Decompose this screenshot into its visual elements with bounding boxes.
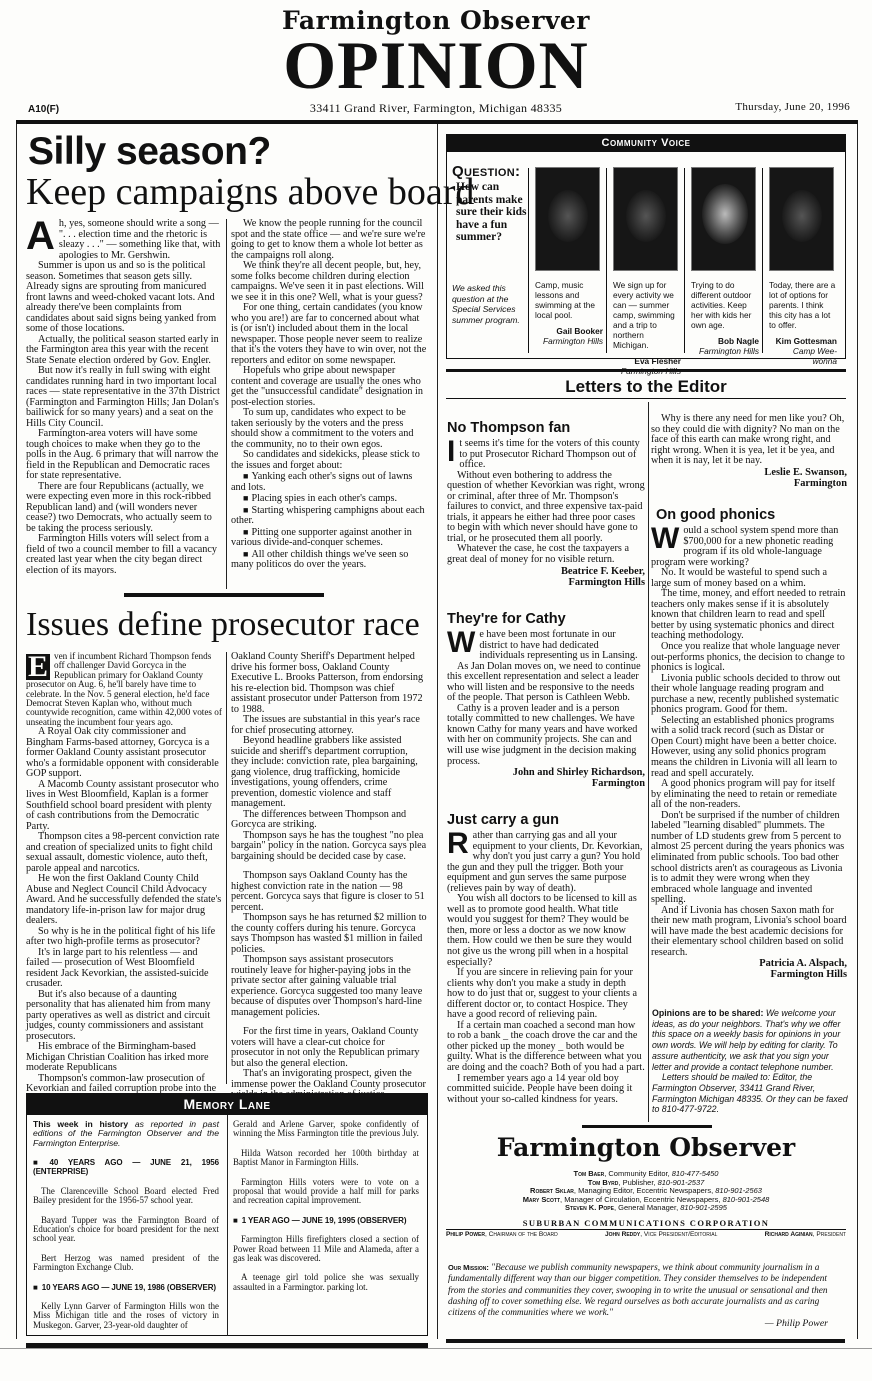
letter-town: Farmington [651, 478, 847, 489]
letter-no-thompson: No Thompson fan It seems it's time for t… [447, 420, 645, 588]
letter-signature: Patricia A. Alspach, [651, 958, 847, 969]
column-rule [762, 168, 763, 353]
bullet-item: All other childish things we've seen so … [231, 549, 427, 571]
page-edge [0, 1348, 872, 1349]
respondent-photo [769, 167, 834, 271]
respondent-answer: Camp, music lessons and swimming at the … [535, 280, 603, 346]
bullet-item: Starting whispering camphigns about each… [231, 505, 427, 527]
memory-lane-column-2: Gerald and Arlene Garver, spoke confiden… [233, 1120, 419, 1302]
question-note: We asked this question at the Special Se… [452, 283, 532, 325]
letter-gun-continued: Why is there any need for men like you? … [651, 414, 847, 489]
mission-author: — Philip Power [600, 1318, 828, 1329]
respondent-answer: Trying to do different outdoor activitie… [691, 280, 759, 356]
editorial-2-column-1: Even if incumbent Richard Thompson fends… [26, 652, 222, 1095]
respondent-photo [613, 167, 678, 271]
staff-list: Tom Baer, Community Editor, 810-477-5450… [446, 1170, 846, 1213]
mission-statement: Our Mission: "Because we publish communi… [448, 1262, 844, 1319]
letters-policy: Opinions are to be shared: We welcome yo… [652, 1008, 848, 1115]
question-label: Question: [452, 163, 520, 180]
dateline: Thursday, June 20, 1996 [735, 101, 850, 113]
editorial-2-headline: Issues define prosecutor race [26, 605, 420, 645]
center-gutter-rule [437, 124, 438, 1339]
community-voice-title: Community Voice [446, 134, 846, 152]
drop-cap: E [26, 654, 50, 680]
memory-lane-heading: 1 YEAR AGO — JUNE 19, 1995 (OBSERVER) [233, 1216, 419, 1225]
editorial-1-column-1: Ah, yes, someone should write a song — "… [26, 219, 222, 576]
memory-lane-heading: 10 YEARS AGO — JUNE 19, 1986 (OBSERVER) [33, 1283, 219, 1292]
staff-box-logo: Farmington Observer [446, 1133, 846, 1162]
memory-lane-heading: 40 YEARS AGO — JUNE 21, 1956 (ENTERPRISE… [33, 1158, 219, 1177]
section-title: OPINION [0, 32, 872, 98]
drop-cap: A [26, 220, 55, 253]
respondent-photo [691, 167, 756, 271]
letters-rule [446, 369, 846, 372]
column-rule [684, 168, 685, 353]
bottom-rule [446, 1339, 845, 1343]
letter-headline: No Thompson fan [447, 420, 645, 436]
letter-phonics: On good phonics Would a school system sp… [651, 507, 847, 980]
column-rule [648, 402, 649, 1122]
letter-signature: John and Shirley Richardson, [447, 767, 645, 778]
letter-signature: Leslie E. Swanson, [651, 467, 847, 478]
letter-town: Farmington [447, 778, 645, 789]
memory-lane-column-1: This week in history as reported in past… [33, 1120, 219, 1340]
bullet-item: Yanking each other's signs out of lawns … [231, 471, 427, 493]
respondent-answer: Today, there are a lot of options for pa… [769, 280, 837, 366]
column-rule [528, 168, 529, 353]
question-text: How can parents make sure their kids hav… [456, 181, 536, 244]
letters-rule [446, 398, 846, 399]
column-rule [606, 168, 607, 353]
bullet-item: Pitting one supporter against another in… [231, 527, 427, 549]
letter-gun: Just carry a gun Rather than carrying ga… [447, 812, 645, 1105]
staff-box-rule [582, 1125, 712, 1128]
editorial-1-column-2: We know the people running for the counc… [231, 219, 427, 571]
respondent-answer: We sign up for every activity we can — s… [613, 280, 681, 376]
respondent-photo [535, 167, 600, 271]
corporation-name: SUBURBAN COMMUNICATIONS CORPORATION [446, 1218, 846, 1230]
column-rule [227, 1115, 228, 1336]
officers-list: Philip Power, Chairman of the Board John… [446, 1231, 846, 1238]
left-margin-rule [16, 124, 17, 1339]
section-rule [124, 593, 324, 597]
letter-town: Farmington Hills [447, 577, 645, 588]
right-margin-rule [857, 124, 858, 1339]
letter-cathy: They're for Cathy We have been most fort… [447, 611, 645, 789]
editorial-kicker: Silly season? [28, 130, 271, 174]
bullet-item: Placing spies in each other's camps. [231, 493, 427, 505]
letter-town: Farmington Hills [651, 969, 847, 980]
letter-headline: On good phonics [656, 507, 847, 523]
letter-signature: Beatrice F. Keeber, [447, 566, 645, 577]
editorial-headline: Keep campaigns above board [26, 170, 474, 214]
letter-headline: They're for Cathy [447, 611, 645, 627]
letter-headline: Just carry a gun [447, 812, 645, 828]
editorial-2-column-2: Oakland County Sheriff's Department help… [231, 652, 427, 1101]
letters-section-title: Letters to the Editor [446, 377, 846, 397]
memory-lane-title: Memory Lane [26, 1093, 428, 1115]
column-rule [226, 219, 227, 589]
column-rule [226, 652, 227, 1084]
